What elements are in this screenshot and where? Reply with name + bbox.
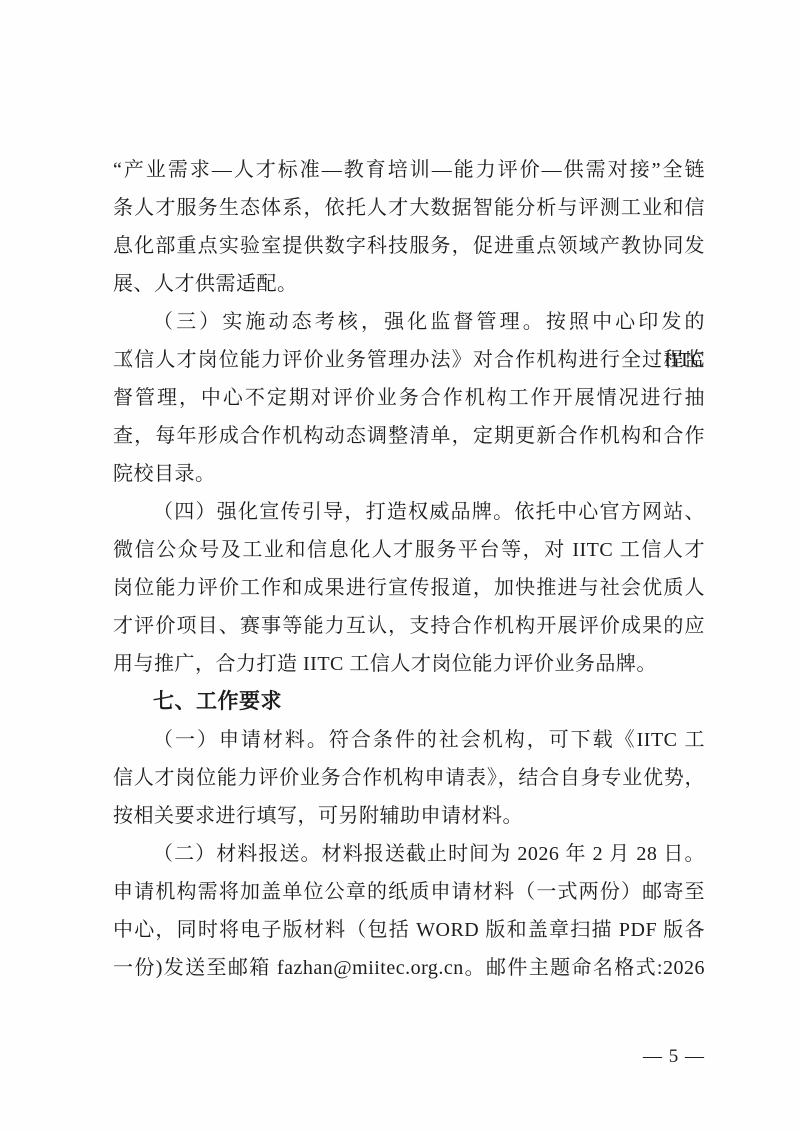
page-number: — 5 —	[113, 1038, 705, 1076]
section-heading: 七、工作要求	[113, 683, 705, 721]
paragraph-continuation: “产业需求—人才标准—教育培训—能力评价—供需对接”全链 条人才服务生态体系，依…	[113, 151, 705, 303]
paragraph-item-4: （四）强化宣传引导，打造权威品牌。依托中心官方网站、 微信公众号及工业和信息化人…	[113, 493, 705, 683]
paragraph-item-1: （一）申请材料。符合条件的社会机构，可下载《IITC 工 信人才岗位能力评价业务…	[113, 721, 705, 835]
text-line: 工信人才岗位能力评价业务管理办法》对合作机构进行全过程监	[113, 341, 705, 379]
text-line: 用与推广，合力打造 IITC 工信人才岗位能力评价业务品牌。	[113, 645, 705, 683]
text-line: 申请机构需将加盖单位公章的纸质申请材料（一式两份）邮寄至	[113, 873, 705, 911]
text-line: 一份)发送至邮箱 fazhan@miitec.org.cn。邮件主题命名格式:2…	[113, 949, 705, 987]
text-line: 中心，同时将电子版材料（包括 WORD 版和盖章扫描 PDF 版各	[113, 911, 705, 949]
text-line: （一）申请材料。符合条件的社会机构，可下载《IITC 工	[113, 721, 705, 759]
paragraph-item-3: （三）实施动态考核，强化监督管理。按照中心印发的《IITC 工信人才岗位能力评价…	[113, 303, 705, 493]
text-line: 息化部重点实验室提供数字科技服务，促进重点领域产教协同发	[113, 227, 705, 265]
text-line: 督管理，中心不定期对评价业务合作机构工作开展情况进行抽	[113, 379, 705, 417]
document-page: “产业需求—人才标准—教育培训—能力评价—供需对接”全链 条人才服务生态体系，依…	[0, 0, 800, 1131]
text-line: 信人才岗位能力评价业务合作机构申请表》，结合自身专业优势，	[113, 759, 705, 797]
text-line: 院校目录。	[113, 455, 705, 493]
text-line: “产业需求—人才标准—教育培训—能力评价—供需对接”全链	[113, 151, 705, 189]
text-line: 展、人才供需适配。	[113, 265, 705, 303]
paragraph-item-2: （二）材料报送。材料报送截止时间为 2026 年 2 月 28 日。 申请机构需…	[113, 835, 705, 987]
text-line: 查，每年形成合作机构动态调整清单，定期更新合作机构和合作	[113, 417, 705, 455]
text-line: 微信公众号及工业和信息化人才服务平台等，对 IITC 工信人才	[113, 531, 705, 569]
text-line: 条人才服务生态体系，依托人才大数据智能分析与评测工业和信	[113, 189, 705, 227]
document-body: “产业需求—人才标准—教育培训—能力评价—供需对接”全链 条人才服务生态体系，依…	[113, 151, 705, 987]
text-line: （三）实施动态考核，强化监督管理。按照中心印发的《IITC	[113, 303, 705, 341]
text-line: 才评价项目、赛事等能力互认，支持合作机构开展评价成果的应	[113, 607, 705, 645]
text-line: 岗位能力评价工作和成果进行宣传报道，加快推进与社会优质人	[113, 569, 705, 607]
text-line: （四）强化宣传引导，打造权威品牌。依托中心官方网站、	[113, 493, 705, 531]
text-line: （二）材料报送。材料报送截止时间为 2026 年 2 月 28 日。	[113, 835, 705, 873]
text-line: 按相关要求进行填写，可另附辅助申请材料。	[113, 797, 705, 835]
